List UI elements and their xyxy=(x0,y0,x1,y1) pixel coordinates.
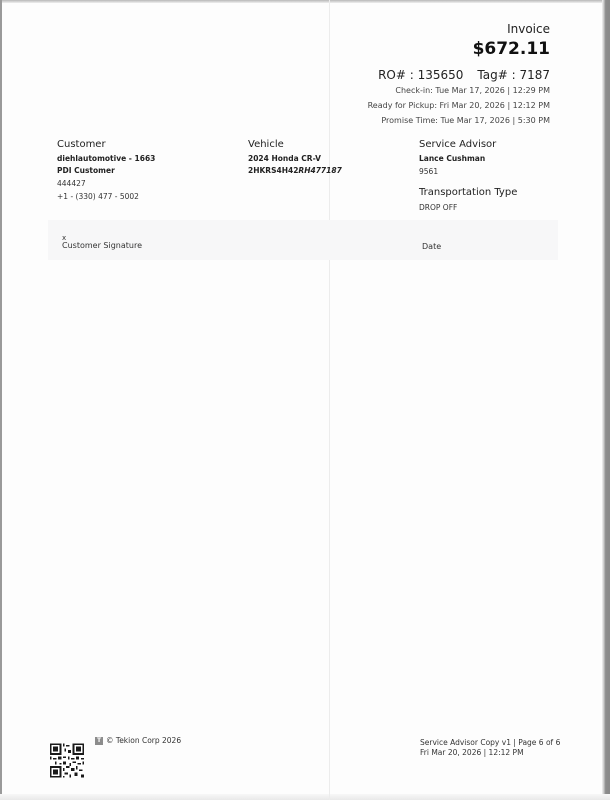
service-advisor-title: Service Advisor xyxy=(419,138,517,151)
customer-id: 444427 xyxy=(57,177,155,190)
vehicle-vin: 2HKRS4H42RH477187 xyxy=(248,165,342,177)
promise-time: Promise Time: Tue Mar 17, 2026 | 5:30 PM xyxy=(368,113,550,128)
customer-section: Customer diehlautomotive - 1663 PDI Cust… xyxy=(57,138,155,203)
vehicle-section: Vehicle 2024 Honda CR-V 2HKRS4H42RH47718… xyxy=(248,138,342,177)
tekion-logo-icon: T xyxy=(95,737,103,745)
vin-prefix: 2HKRS4H42 xyxy=(248,166,298,175)
customer-name: diehlautomotive - 1663 xyxy=(57,153,155,165)
invoice-header: Invoice $672.11 RO# : 135650Tag# : 7187 … xyxy=(368,22,550,128)
ready-for-pickup-time: Ready for Pickup: Fri Mar 20, 2026 | 12:… xyxy=(368,98,550,113)
tag-number: Tag# : 7187 xyxy=(477,68,550,82)
signature-band xyxy=(48,220,558,260)
scan-edge-top xyxy=(0,0,610,3)
check-in-time: Check-in: Tue Mar 17, 2026 | 12:29 PM xyxy=(368,83,550,98)
service-advisor-name: Lance Cushman xyxy=(419,153,517,165)
service-advisor-id: 9561 xyxy=(419,165,517,178)
scan-edge-left xyxy=(0,0,2,800)
service-advisor-section: Service Advisor Lance Cushman 9561 Trans… xyxy=(419,138,517,214)
invoice-total: $672.11 xyxy=(368,38,550,60)
scan-edge-bottom xyxy=(0,794,610,800)
qr-code-icon xyxy=(50,742,84,779)
vehicle-title: Vehicle xyxy=(248,138,342,151)
paper-fold-line xyxy=(329,0,330,800)
customer-phone: +1 - (330) 477 - 5002 xyxy=(57,190,155,203)
transportation-type-title: Transportation Type xyxy=(419,186,517,199)
copy-page-info: Service Advisor Copy v1 | Page 6 of 6 xyxy=(420,738,560,748)
ro-number: RO# : 135650 xyxy=(378,68,463,82)
printed-timestamp: Fri Mar 20, 2026 | 12:12 PM xyxy=(420,748,560,758)
signature-date-label: Date xyxy=(422,242,441,251)
invoice-label: Invoice xyxy=(368,22,550,37)
customer-type: PDI Customer xyxy=(57,165,155,177)
scan-edge-right xyxy=(602,0,610,800)
transportation-type-value: DROP OFF xyxy=(419,201,517,214)
footer-copy-info: Service Advisor Copy v1 | Page 6 of 6 Fr… xyxy=(420,738,560,758)
customer-signature-label: Customer Signature xyxy=(62,241,142,250)
footer-copyright: T © Tekion Corp 2026 xyxy=(95,736,181,745)
vin-suffix: RH477187 xyxy=(298,166,341,175)
customer-title: Customer xyxy=(57,138,155,151)
ro-tag-line: RO# : 135650Tag# : 7187 xyxy=(368,68,550,83)
copyright-text: © Tekion Corp 2026 xyxy=(106,736,181,745)
vehicle-description: 2024 Honda CR-V xyxy=(248,153,342,165)
